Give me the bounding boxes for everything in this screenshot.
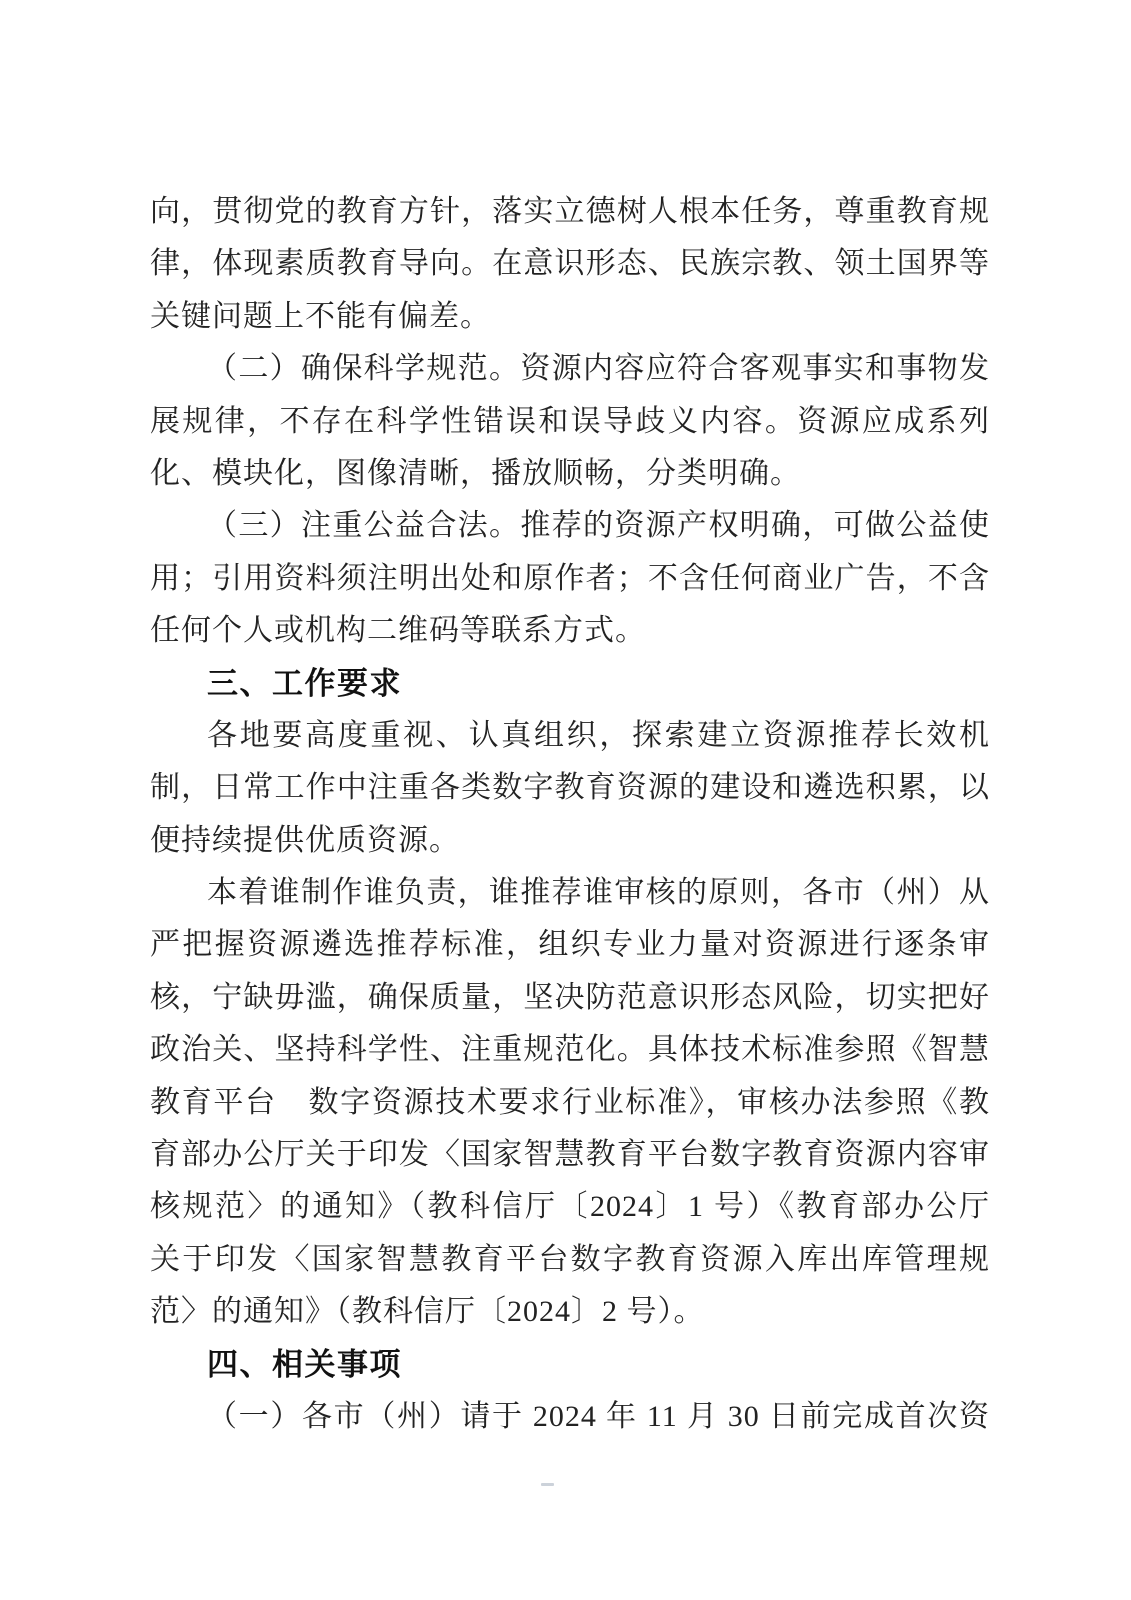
scan-artifact-mark bbox=[541, 1483, 554, 1486]
text-line: 化、模块化，图像清晰，播放顺畅，分类明确。 bbox=[150, 448, 990, 500]
text-line: 严把握资源遴选推荐标准，组织专业力量对资源进行逐条审 bbox=[150, 919, 990, 971]
text-line: （一）各市（州）请于 2024 年 11 月 30 日前完成首次资源 bbox=[150, 1391, 990, 1443]
document-page: 向，贯彻党的教育方针，落实立德树人根本任务，尊重教育规 律，体现素质教育导向。在… bbox=[0, 0, 1131, 1600]
text-line: 育部办公厅关于印发〈国家智慧教育平台数字教育资源内容审 bbox=[150, 1129, 990, 1181]
text-line: 任何个人或机构二维码等联系方式。 bbox=[150, 605, 990, 657]
text-line: 本着谁制作谁负责，谁推荐谁审核的原则，各市（州）从 bbox=[150, 867, 990, 919]
document-body: 向，贯彻党的教育方针，落实立德树人根本任务，尊重教育规 律，体现素质教育导向。在… bbox=[150, 186, 990, 1443]
text-line: 政治关、坚持科学性、注重规范化。具体技术标准参照《智慧 bbox=[150, 1024, 990, 1076]
text-line: 便持续提供优质资源。 bbox=[150, 815, 990, 867]
text-line: 向，贯彻党的教育方针，落实立德树人根本任务，尊重教育规 bbox=[150, 186, 990, 238]
text-line: 关于印发〈国家智慧教育平台数字教育资源入库出库管理规 bbox=[150, 1234, 990, 1286]
text-line: 关键问题上不能有偏差。 bbox=[150, 291, 990, 343]
text-line: 核规范〉的通知》（教科信厅〔2024〕1 号）《教育部办公厅 bbox=[150, 1181, 990, 1233]
text-line: 核，宁缺毋滥，确保质量，坚决防范意识形态风险，切实把好 bbox=[150, 972, 990, 1024]
text-line: 展规律，不存在科学性错误和误导歧义内容。资源应成系列 bbox=[150, 396, 990, 448]
text-line: （三）注重公益合法。推荐的资源产权明确，可做公益使 bbox=[150, 500, 990, 552]
text-line: 教育平台 数字资源技术要求行业标准》，审核办法参照《教 bbox=[150, 1077, 990, 1129]
text-line: 范〉的通知》（教科信厅〔2024〕2 号）。 bbox=[150, 1286, 990, 1338]
text-line: 各地要高度重视、认真组织，探索建立资源推荐长效机 bbox=[150, 710, 990, 762]
text-line: 律，体现素质教育导向。在意识形态、民族宗教、领土国界等 bbox=[150, 238, 990, 290]
text-line: 用；引用资料须注明出处和原作者；不含任何商业广告，不含 bbox=[150, 553, 990, 605]
section-heading: 三、工作要求 bbox=[150, 658, 990, 710]
text-line: 制，日常工作中注重各类数字教育资源的建设和遴选积累，以 bbox=[150, 762, 990, 814]
text-line: （二）确保科学规范。资源内容应符合客观事实和事物发 bbox=[150, 343, 990, 395]
section-heading: 四、相关事项 bbox=[150, 1339, 990, 1391]
